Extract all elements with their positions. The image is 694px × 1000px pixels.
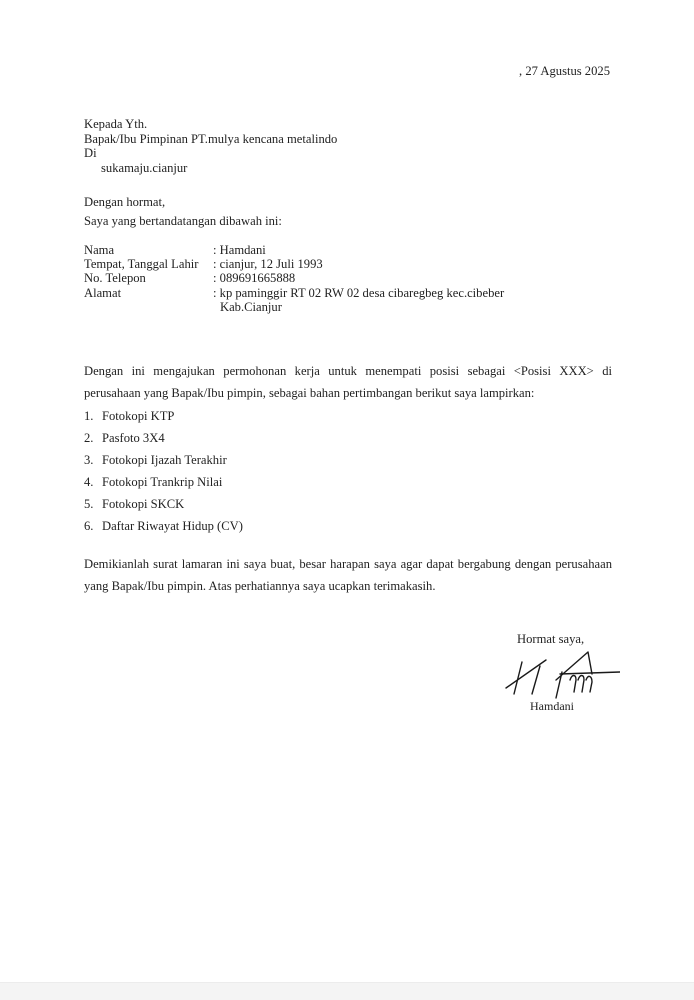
greeting: Dengan hormat,	[84, 193, 282, 212]
address-line-1: : kp paminggir RT 02 RW 02 desa cibaregb…	[213, 286, 504, 300]
viewer-bottom-bar	[0, 982, 694, 1000]
identity-table: Nama : Hamdani Tempat, Tanggal Lahir : c…	[84, 243, 504, 314]
recipient-line-1: Kepada Yth.	[84, 117, 337, 132]
letter-date: , 27 Agustus 2025	[519, 64, 610, 78]
recipient-line-4: sukamaju.cianjur	[84, 161, 337, 176]
letter-page: , 27 Agustus 2025 Kepada Yth. Bapak/Ibu …	[0, 0, 694, 982]
identity-row: Nama : Hamdani	[84, 243, 504, 257]
identity-label: Tempat, Tanggal Lahir	[84, 257, 213, 271]
identity-row: No. Telepon : 089691665888	[84, 271, 504, 285]
intro-text: Saya yang bertandatangan dibawah ini:	[84, 212, 282, 231]
identity-value: : 089691665888	[213, 271, 504, 285]
list-item: 5.Fotokopi SKCK	[84, 493, 243, 515]
attachments-list: 1.Fotokopi KTP 2.Pasfoto 3X4 3.Fotokopi …	[84, 405, 243, 537]
list-item: 4.Fotokopi Trankrip Nilai	[84, 471, 243, 493]
list-item: 6.Daftar Riwayat Hidup (CV)	[84, 515, 243, 537]
identity-value: : kp paminggir RT 02 RW 02 desa cibaregb…	[213, 286, 504, 314]
identity-row: Alamat : kp paminggir RT 02 RW 02 desa c…	[84, 286, 504, 314]
list-item: 1.Fotokopi KTP	[84, 405, 243, 427]
identity-value: : Hamdani	[213, 243, 504, 257]
list-item: 2.Pasfoto 3X4	[84, 427, 243, 449]
identity-row: Tempat, Tanggal Lahir : cianjur, 12 Juli…	[84, 257, 504, 271]
list-item: 3.Fotokopi Ijazah Terakhir	[84, 449, 243, 471]
address-line-2: Kab.Cianjur	[213, 300, 504, 314]
greeting-block: Dengan hormat, Saya yang bertandatangan …	[84, 193, 282, 231]
identity-label: No. Telepon	[84, 271, 213, 285]
identity-label: Nama	[84, 243, 213, 257]
application-paragraph: Dengan ini mengajukan permohonan kerja u…	[84, 360, 612, 404]
closing-paragraph: Demikianlah surat lamaran ini saya buat,…	[84, 553, 612, 597]
recipient-line-2: Bapak/Ibu Pimpinan PT.mulya kencana meta…	[84, 132, 337, 147]
signer-name: Hamdani	[530, 699, 574, 713]
recipient-line-3: Di	[84, 146, 337, 161]
identity-value: : cianjur, 12 Juli 1993	[213, 257, 504, 271]
recipient-block: Kepada Yth. Bapak/Ibu Pimpinan PT.mulya …	[84, 117, 337, 175]
signature-icon	[500, 650, 620, 700]
closing-salutation: Hormat saya,	[517, 632, 584, 646]
identity-label: Alamat	[84, 286, 213, 314]
